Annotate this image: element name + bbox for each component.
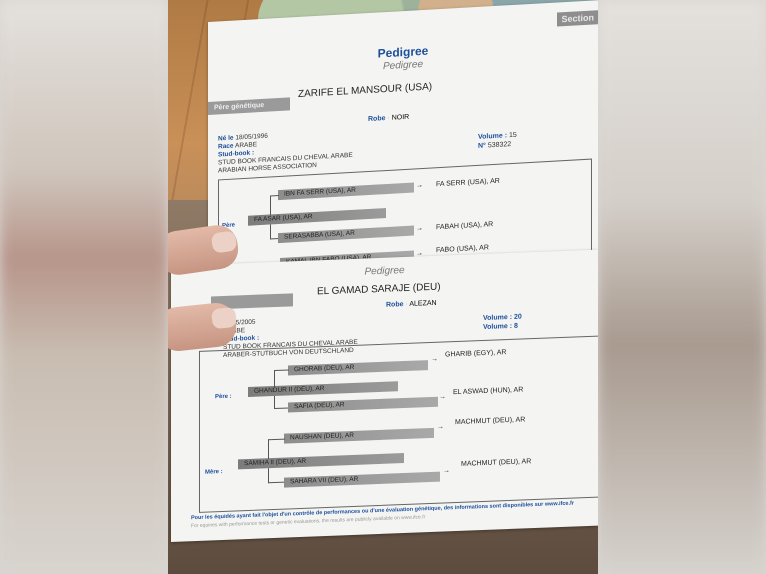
robe-label: Robe — [368, 115, 386, 123]
horse-name: EL GAMAD SARAJE (DEU) — [317, 282, 441, 298]
volume-label: Volume : — [478, 132, 507, 141]
arrow-icon: → — [416, 225, 423, 232]
connector — [268, 439, 285, 460]
passport-photo: Section Pedigree Pedigree Père génétique… — [168, 0, 598, 574]
connector — [268, 468, 285, 484]
pedigree-page-bottom: Pedigree EL GAMAD SARAJE (DEU) Robe · AL… — [171, 250, 598, 542]
mere-side-label: Mère : — [205, 469, 223, 476]
arrow-icon: → — [439, 393, 446, 400]
ne-le-label: Né le — [218, 135, 234, 143]
robe-value: ALEZAN — [409, 300, 436, 308]
birth-date: 18/05/1996 — [235, 133, 268, 142]
arrow-icon: → — [431, 356, 438, 363]
race-value: ARABE — [235, 141, 257, 149]
robe-label: Robe — [386, 301, 404, 309]
connector — [274, 369, 289, 387]
race-label: Race — [218, 143, 234, 151]
robe-value: NOIR — [392, 114, 410, 122]
arrow-icon: → — [443, 467, 450, 474]
blurred-background-left — [0, 0, 168, 574]
connector — [274, 395, 289, 409]
number-label: N° — [478, 142, 486, 149]
pere-genetique-label: Père génétique — [208, 97, 290, 115]
arrow-icon: → — [437, 424, 444, 431]
blurred-background-right — [598, 0, 766, 574]
horse-name: ZARIFE EL MANSOUR (USA) — [298, 81, 432, 99]
volume-2: Volume : 8 — [483, 323, 518, 331]
connector — [270, 195, 279, 216]
arrow-icon: → — [416, 182, 423, 189]
volume-value: 15 — [509, 132, 517, 139]
pedigree-page-top: Section Pedigree Pedigree Père génétique… — [208, 0, 598, 278]
number-value: 538322 — [488, 141, 511, 149]
fingernail — [211, 307, 237, 329]
volume-1: Volume : 20 — [483, 314, 522, 322]
section-tag: Section — [557, 10, 598, 26]
pere-side-label: Père : — [215, 394, 232, 401]
